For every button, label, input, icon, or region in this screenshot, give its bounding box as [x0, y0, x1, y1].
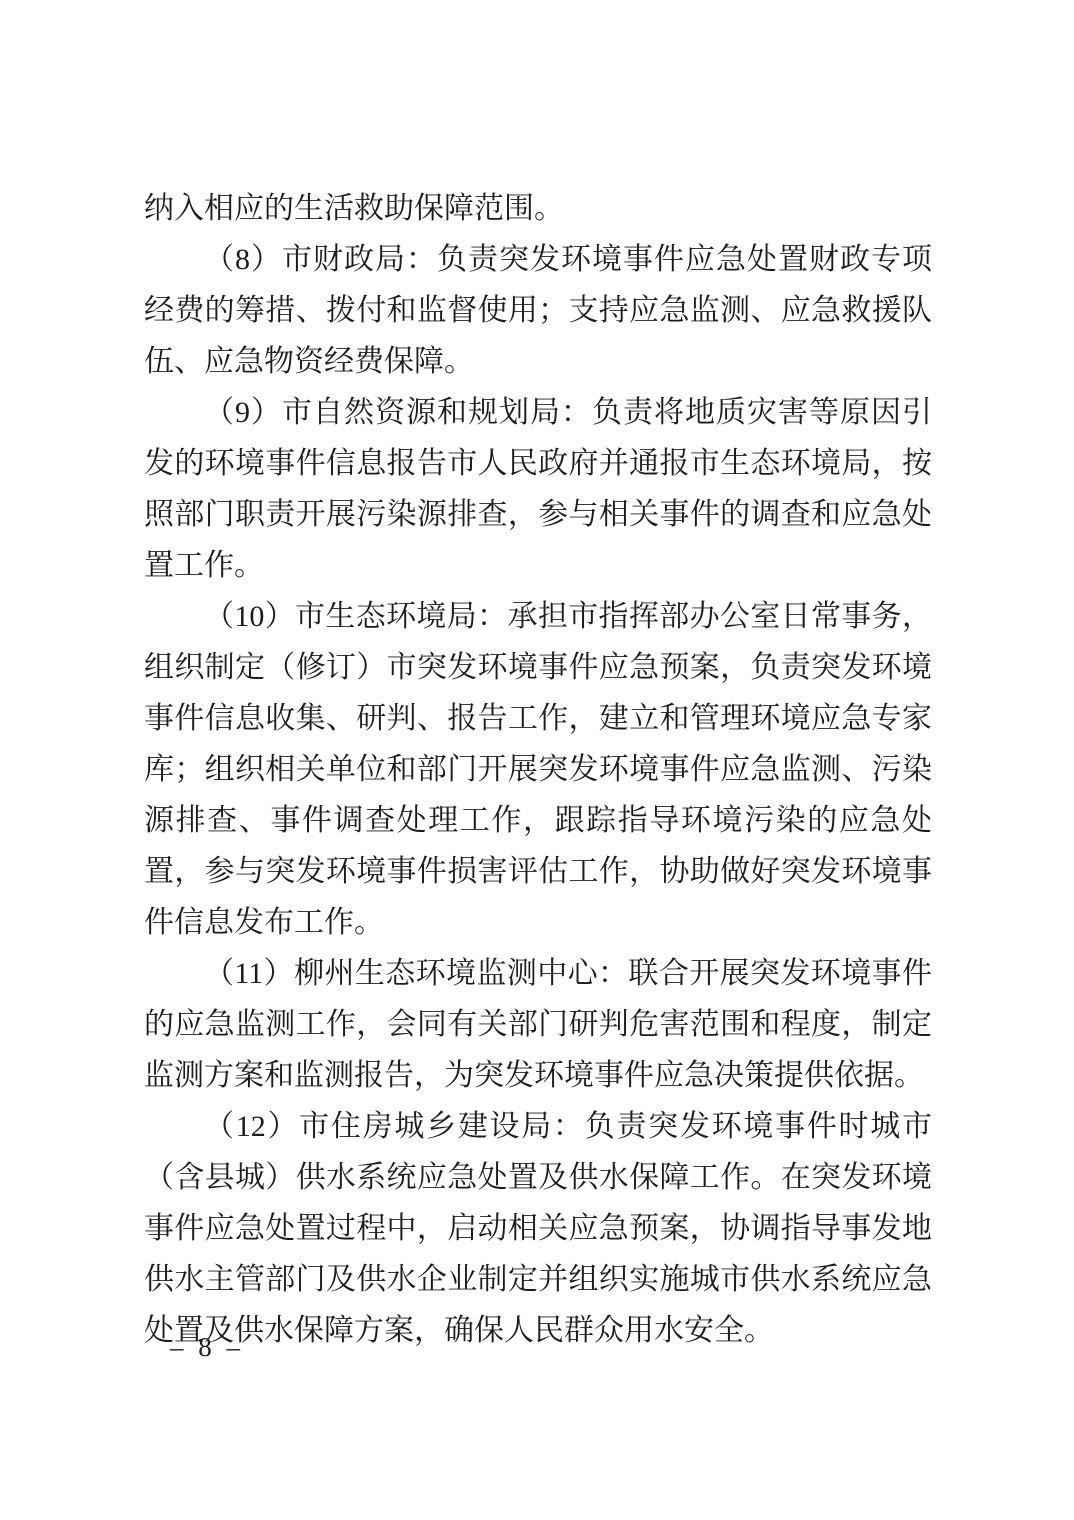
page-number: – 8 –	[170, 1327, 244, 1367]
page-body: 纳入相应的生活救助保障范围。（8）市财政局：负责突发环境事件应急处置财政专项经费…	[144, 183, 932, 1356]
paragraph: （11）柳州生态环境监测中心：联合开展突发环境事件的应急监测工作，会同有关部门研…	[144, 948, 932, 1101]
paragraph: （8）市财政局：负责突发环境事件应急处置财政专项经费的筹措、拨付和监督使用；支持…	[144, 234, 932, 387]
paragraph: （9）市自然资源和规划局：负责将地质灾害等原因引发的环境事件信息报告市人民政府并…	[144, 387, 932, 591]
document-page: 纳入相应的生活救助保障范围。（8）市财政局：负责突发环境事件应急处置财政专项经费…	[0, 0, 1074, 1520]
paragraph: （12）市住房城乡建设局：负责突发环境事件时城市（含县城）供水系统应急处置及供水…	[144, 1101, 932, 1356]
paragraph: 纳入相应的生活救助保障范围。	[144, 183, 932, 234]
paragraph: （10）市生态环境局：承担市指挥部办公室日常事务，组织制定（修订）市突发环境事件…	[144, 591, 932, 948]
